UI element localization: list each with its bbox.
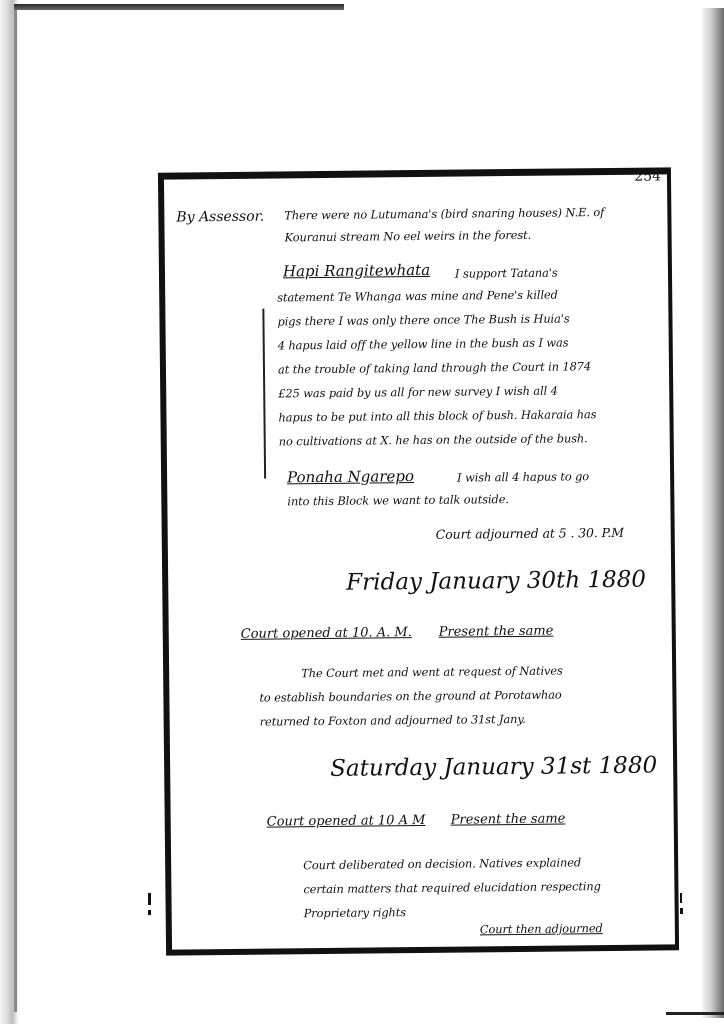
text-line: into this Block we want to talk outside. — [287, 492, 509, 508]
margin-mark — [680, 893, 682, 903]
present-note: Present the same — [439, 624, 554, 640]
present-note: Present the same — [451, 811, 566, 827]
scan-top-bar — [14, 4, 344, 10]
text-line: I support Tatana's — [455, 266, 558, 281]
text-line: The Court met and went at request of Nat… — [301, 663, 563, 680]
text-line: Proprietary rights — [304, 905, 406, 920]
text-line: at the trouble of taking land through th… — [278, 359, 591, 376]
hapi-statement: Hapi Rangitewhata I support Tatana's sta… — [164, 174, 667, 179]
scan-bottom-line — [666, 1012, 724, 1015]
court-opened: Court opened at 10 A M — [267, 813, 426, 830]
speaker-name: Ponaha Ngarepo — [287, 467, 414, 486]
court-opened: Court opened at 10. A. M. — [241, 625, 412, 642]
text-line: pigs there I was only there once The Bus… — [277, 311, 569, 328]
text-line: I wish all 4 hapus to go — [457, 469, 589, 484]
margin-mark — [148, 893, 151, 905]
margin-bracket — [262, 309, 266, 479]
margin-label: By Assessor. — [176, 209, 264, 226]
ponaha-statement: Ponaha Ngarepo I wish all 4 hapus to go … — [164, 174, 667, 179]
text-line: statement Te Whanga was mine and Pene's … — [277, 288, 558, 305]
text-line: no cultivations at X. he has on the outs… — [279, 431, 588, 448]
margin-mark — [148, 910, 151, 915]
text-line: Kouranui stream No eel weirs in the fore… — [285, 228, 532, 245]
adjournment-note: Court adjourned at 5 . 30. P.M — [436, 525, 624, 542]
assessor-statement: There were no Lutumana's (bird snaring h… — [164, 174, 667, 179]
text-line: certain matters that required elucidatio… — [303, 879, 600, 896]
closing-note: Court then adjourned — [480, 921, 603, 936]
text-line: £25 was paid by us all for new survey I … — [278, 384, 558, 401]
margin-mark — [680, 908, 683, 914]
date-heading: Saturday January 31st 1880 — [330, 753, 657, 782]
scan-right-edge — [702, 8, 724, 1018]
text-line: returned to Foxton and adjourned to 31st… — [260, 712, 526, 729]
date-heading: Friday January 30th 1880 — [346, 567, 646, 596]
ledger-page: 254 By Assessor. There were no Lutumana'… — [158, 167, 679, 955]
text-line: hapus to be put into all this block of b… — [278, 407, 596, 424]
friday-entry: Friday January 30th 1880 Court opened at… — [164, 174, 667, 179]
text-line: to establish boundaries on the ground at… — [259, 688, 561, 705]
speaker-name: Hapi Rangitewhata — [283, 261, 430, 281]
text-line: 4 hapus laid off the yellow line in the … — [278, 335, 569, 352]
text-line: Court deliberated on decision. Natives e… — [303, 855, 581, 872]
scan-left-shadow — [14, 8, 17, 1012]
text-line: There were no Lutumana's (bird snaring h… — [284, 205, 604, 222]
page-number: 254 — [634, 168, 661, 184]
saturday-entry: Saturday January 31st 1880 Court opened … — [164, 174, 667, 179]
